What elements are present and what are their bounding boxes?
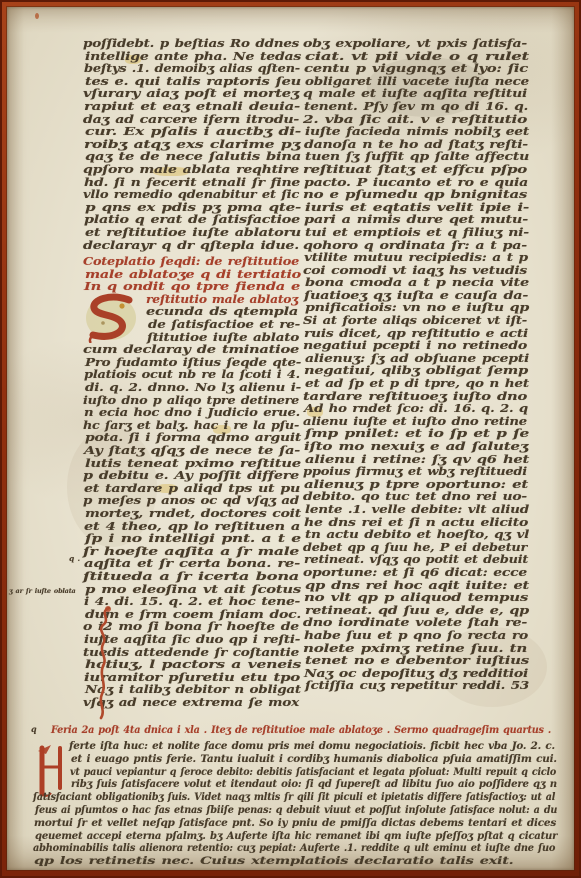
- initial-A-icon: [35, 743, 69, 797]
- left-text-column: poſſidebt. p beſtias Ro ddnesintellige a…: [83, 37, 299, 708]
- text-line: ferte iſta huc: et nolite face domu pris…: [69, 741, 555, 754]
- text-line: abhominabilis talis alienora retentio: c…: [33, 843, 555, 856]
- red-speck-mark: [35, 13, 39, 19]
- margin-note-oblata: ʒ ar ſr iuſte oblata: [9, 588, 76, 595]
- text-line: ribʒ ſuis ſatisfacere volut et itendaut …: [71, 779, 557, 792]
- text-line: et i euago pntis ferie. Tantu iualuit i …: [71, 754, 557, 767]
- right-text-column: obʒ expoliare, vt pxis ſatisfa-ciat. vt …: [303, 37, 527, 692]
- left-column-upper-text: poſſidebt. p beſtias Ro ddnesintellige a…: [83, 37, 299, 251]
- parchment-page: poſſidebt. p beſtias Ro ddnesintellige a…: [7, 7, 574, 870]
- footer-full-text: ſatisfaciant obligationibʒ ſuis. Videt n…: [33, 792, 555, 869]
- right-column-text: obʒ expoliare, vt pxis ſatisfa-ciat. vt …: [303, 37, 527, 692]
- text-line: mortui ſr et vellet neſqp ſatisface pnt.…: [34, 818, 556, 831]
- text-line: vt pauci vepiantur q ſeroce debito: debi…: [70, 767, 556, 780]
- illuminated-initial-block: reſtitutio male ablatoʒ ecunda ds qtempl…: [83, 293, 299, 343]
- text-line: qp los retinetis nec. Cuius xtemplatiois…: [34, 856, 513, 869]
- text-line: feus ai pſumtos o hac fas etnas ſbiiſe p…: [35, 805, 557, 818]
- footer-paragraph: ferte iſta huc: et nolite face domu pris…: [33, 741, 555, 869]
- text-line: vſqʒ ad nece extrema ſe mox: [83, 696, 299, 709]
- left-column-red-rubric: Coteplatio ſeqdi: de reſtitutioemale abl…: [83, 255, 299, 293]
- illuminated-initial-S-icon: [83, 293, 141, 343]
- manuscript-photo-frame: poſſidebt. p beſtias Ro ddnesintellige a…: [0, 0, 581, 878]
- text-line: declarayr q dr qſtepla idue.: [83, 239, 299, 252]
- margin-mark: q .: [69, 555, 80, 562]
- red-flourish-icon: [95, 605, 115, 720]
- text-line: qeuemet accepi eterna pſalmʒ. bʒ Auferte…: [35, 831, 557, 844]
- text-line: ſctiſſia cuʒ repetitur reddi. 53: [305, 679, 529, 692]
- footer-red-rubric: Feria 2a poſt 4ta dnica i xla . Iteʒ de …: [51, 723, 551, 737]
- text-line: Feria 2a poſt 4ta dnica i xla . Iteʒ de …: [51, 723, 551, 737]
- initial-wrap-text: reſtitutio male ablatoʒ ecunda ds qtempl…: [146, 293, 298, 343]
- left-column-lower-text: cum declaray de tminatioePro fudamto iſt…: [83, 343, 299, 708]
- initial-side-text: ecunda ds qtemplade ſatisfactioe et re-ſ…: [146, 305, 298, 343]
- footer-indented-text: ferte iſta huc: et nolite face domu pris…: [69, 741, 555, 792]
- footer-margin-mark: q: [31, 726, 36, 733]
- text-line: ſatisfaciant obligationibʒ ſuis. Videt n…: [33, 792, 555, 805]
